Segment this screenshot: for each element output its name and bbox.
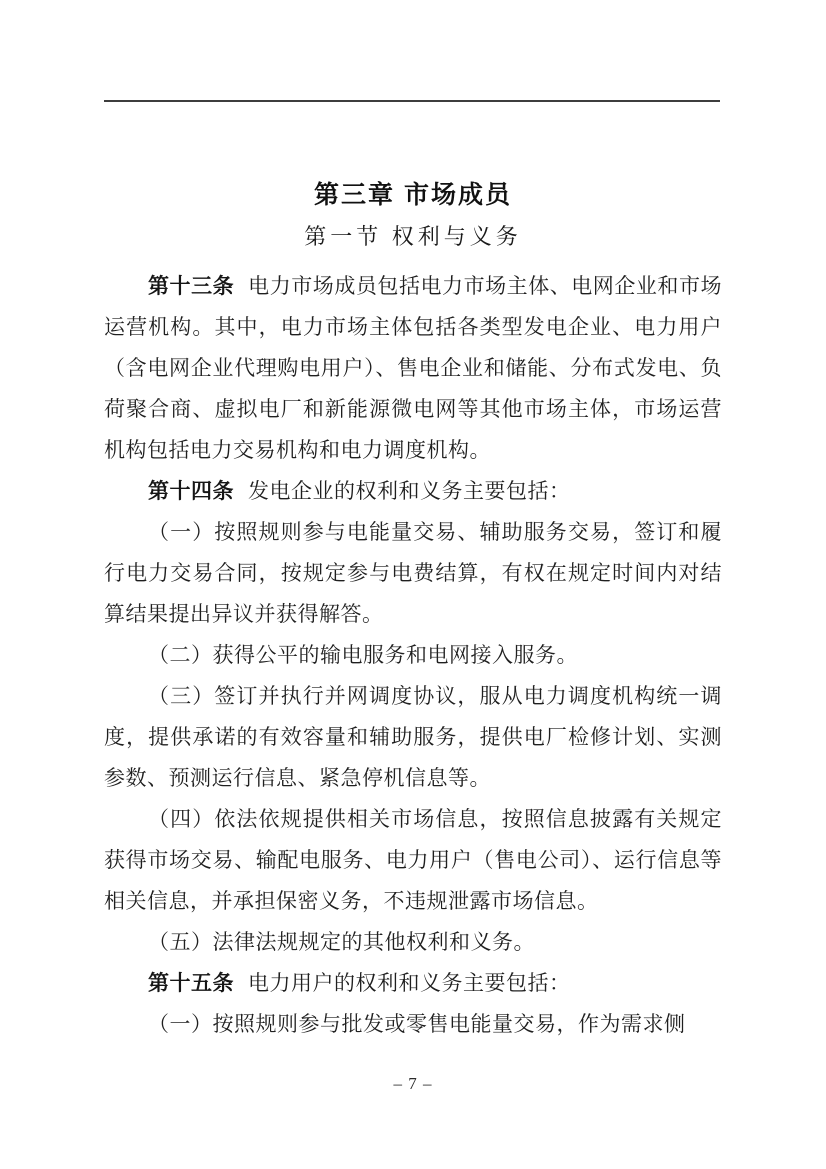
article-15-number: 第十五条 [148,971,234,995]
paragraph-text: （三）签订并执行并网调度协议，服从电力调度机构统一调度，提供承诺的有效容量和辅助… [104,684,722,790]
paragraph-text: 电力用户的权利和义务主要包括： [248,971,571,995]
document-page: 第三章 市场成员 第一节 权利与义务 第十三条电力市场成员包括电力市场主体、电网… [0,0,826,1169]
paragraph-text: （五）法律法规规定的其他权利和义务。 [148,930,535,954]
paragraph-item-3: （三）签订并执行并网调度协议，服从电力调度机构统一调度，提供承诺的有效容量和辅助… [104,676,722,799]
paragraph-item-4: （四）依法依规提供相关市场信息，按照信息披露有关规定获得市场交易、输配电服务、电… [104,799,722,922]
paragraph-article-15: 第十五条电力用户的权利和义务主要包括： [104,963,722,1004]
paragraph-text: （二）获得公平的输电服务和电网接入服务。 [148,643,578,667]
section-title: 第一节 权利与义务 [104,222,722,252]
paragraph-text: 电力市场成员包括电力市场主体、电网企业和市场运营机构。其中，电力市场主体包括各类… [104,274,722,462]
page-number: – 7 – [394,1074,433,1093]
paragraph-text: （四）依法依规提供相关市场信息，按照信息披露有关规定获得市场交易、输配电服务、电… [104,807,722,913]
paragraph-text: （一）按照规则参与批发或零售电能量交易，作为需求侧 [148,1012,686,1036]
paragraph-item-2: （二）获得公平的输电服务和电网接入服务。 [104,635,722,676]
footer: – 7 – [0,1074,826,1094]
paragraph-item-6: （一）按照规则参与批发或零售电能量交易，作为需求侧 [104,1004,722,1045]
paragraph-article-13: 第十三条电力市场成员包括电力市场主体、电网企业和市场运营机构。其中，电力市场主体… [104,266,722,471]
paragraph-item-1: （一）按照规则参与电能量交易、辅助服务交易，签订和履行电力交易合同，按规定参与电… [104,512,722,635]
paragraph-article-14: 第十四条发电企业的权利和义务主要包括： [104,471,722,512]
body-paragraphs: 第十三条电力市场成员包括电力市场主体、电网企业和市场运营机构。其中，电力市场主体… [104,266,722,1045]
page-content: 第三章 市场成员 第一节 权利与义务 第十三条电力市场成员包括电力市场主体、电网… [104,178,722,1045]
article-14-number: 第十四条 [148,479,234,503]
paragraph-text: 发电企业的权利和义务主要包括： [248,479,571,503]
header-rule [104,100,720,102]
paragraph-item-5: （五）法律法规规定的其他权利和义务。 [104,922,722,963]
paragraph-text: （一）按照规则参与电能量交易、辅助服务交易，签订和履行电力交易合同，按规定参与电… [104,520,722,626]
article-13-number: 第十三条 [148,274,234,298]
chapter-title: 第三章 市场成员 [104,178,722,212]
